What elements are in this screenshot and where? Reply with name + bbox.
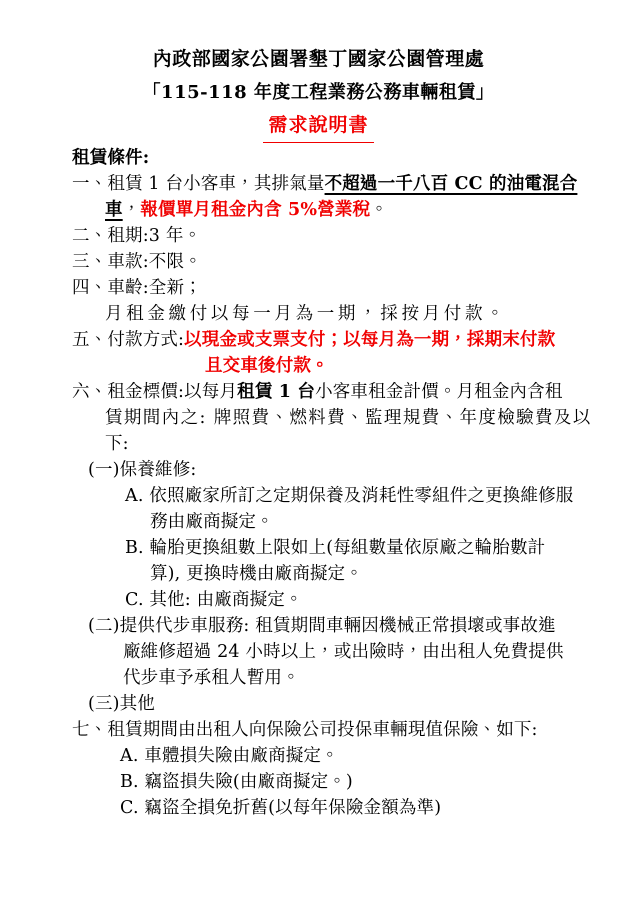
text-run: 且交車後付款。 (205, 356, 329, 376)
doc-heading-wrap: 需求說明書 (72, 109, 565, 143)
text-run: 算), 更換時機由廠商擬定。 (150, 564, 363, 584)
text-run: 租賃條件: (72, 148, 149, 168)
text-run: (三)其他 (88, 694, 155, 714)
body-line: 代步車予承租人暫用。 (72, 665, 565, 691)
doc-title: 內政部國家公園署墾丁國家公園管理處 (72, 42, 565, 76)
body-line: A. 車體損失險由廠商擬定。 (72, 743, 565, 769)
body-line: 賃期間內之: 牌照費、燃料費、監理規費、年度檢驗費及以 (72, 405, 565, 431)
body-line: 七、租賃期間由出租人向保險公司投保車輛現值保險、如下: (72, 717, 565, 743)
doc-body: 租賃條件:一、租賃 1 台小客車，其排氣量不超過一千八百 CC 的油電混合車，報… (72, 145, 565, 821)
doc-subtitle: 「115-118 年度工程業務公務車輛租賃」 (72, 76, 565, 109)
text-run: 七、租賃期間由出租人向保險公司投保車輛現值保險、如下: (72, 720, 538, 740)
body-line: B. 輪胎更換組數上限如上(每組數量依原廠之輪胎數計 (72, 535, 565, 561)
body-line: (一)保養維修: (72, 457, 565, 483)
text-run: C. 其他: 由廠商擬定。 (125, 590, 303, 610)
text-run: 五、付款方式: (72, 330, 184, 350)
body-line: C. 其他: 由廠商擬定。 (72, 587, 565, 613)
body-line: C. 竊盜全損免折舊(以每年保險金額為準) (72, 795, 565, 821)
body-line: (二)提供代步車服務: 租賃期間車輛因機械正常損壞或事故進 (72, 613, 565, 639)
text-run: 報價單月租金內含 5%營業稅 (140, 200, 370, 220)
body-line: 廠維修超過 24 小時以上，或出險時，由出租人免費提供 (72, 639, 565, 665)
body-line: 租賃條件: (72, 145, 565, 171)
body-line: 二、租期:3 年。 (72, 223, 565, 249)
text-run: 下: (105, 434, 129, 454)
text-run: 月租金繳付以每一月為一期，採按月付款。 (105, 304, 507, 324)
body-line: 下: (72, 431, 565, 457)
text-run: 四、車齡:全新； (72, 278, 202, 298)
body-line: 算), 更換時機由廠商擬定。 (72, 561, 565, 587)
body-line: 月租金繳付以每一月為一期，採按月付款。 (72, 301, 565, 327)
text-run: ， (123, 200, 141, 220)
body-line: 且交車後付款。 (72, 353, 565, 379)
body-line: B. 竊盜損失險(由廠商擬定。) (72, 769, 565, 795)
text-run: 以現金或支票支付；以每月為一期，採期末付款 (184, 330, 555, 350)
body-line: 車，報價單月租金內含 5%營業稅。 (72, 197, 565, 223)
document-header: 內政部國家公園署墾丁國家公園管理處 「115-118 年度工程業務公務車輛租賃」… (72, 42, 565, 143)
body-line: 六、租金標價:以每月租賃 1 台小客車租金計價。月租金內含租 (72, 379, 565, 405)
text-run: 代步車予承租人暫用。 (123, 668, 300, 688)
text-run: 車 (105, 200, 123, 220)
text-run: (一)保養維修: (88, 460, 196, 480)
text-run: 廠維修超過 24 小時以上，或出險時，由出租人免費提供 (123, 642, 564, 662)
text-run: C. 竊盜全損免折舊(以每年保險金額為準) (120, 798, 441, 818)
body-line: 務由廠商擬定。 (72, 509, 565, 535)
body-line: 五、付款方式:以現金或支票支付；以每月為一期，採期末付款 (72, 327, 565, 353)
body-line: 四、車齡:全新； (72, 275, 565, 301)
text-run: A. 依照廠家所訂之定期保養及消耗性零組件之更換維修服 (125, 486, 574, 506)
text-run: 六、租金標價:以每月 (72, 382, 237, 402)
document-page: 內政部國家公園署墾丁國家公園管理處 「115-118 年度工程業務公務車輛租賃」… (0, 0, 635, 897)
body-line: 三、車款:不限。 (72, 249, 565, 275)
text-run: 。 (370, 200, 388, 220)
body-line: A. 依照廠家所訂之定期保養及消耗性零組件之更換維修服 (72, 483, 565, 509)
text-run: A. 車體損失險由廠商擬定。 (120, 746, 339, 766)
body-line: 一、租賃 1 台小客車，其排氣量不超過一千八百 CC 的油電混合 (72, 171, 565, 197)
text-run: 三、車款:不限。 (72, 252, 202, 272)
text-run: 小客車租金計價。月租金內含租 (315, 382, 562, 402)
text-run: B. 竊盜損失險(由廠商擬定。) (120, 772, 353, 792)
doc-heading: 需求說明書 (263, 109, 373, 143)
text-run: 租賃 1 台 (237, 382, 315, 402)
text-run: 二、租期:3 年。 (72, 226, 201, 246)
body-line: (三)其他 (72, 691, 565, 717)
text-run: 務由廠商擬定。 (150, 512, 274, 532)
text-run: (二)提供代步車服務: 租賃期間車輛因機械正常損壞或事故進 (88, 616, 556, 636)
text-run: 賃期間內之: 牌照費、燃料費、監理規費、年度檢驗費及以 (105, 408, 592, 428)
text-run: B. 輪胎更換組數上限如上(每組數量依原廠之輪胎數計 (125, 538, 545, 558)
text-run: 不超過一千八百 CC 的油電混合 (325, 174, 578, 194)
text-run: 一、租賃 1 台小客車，其排氣量 (72, 174, 325, 194)
